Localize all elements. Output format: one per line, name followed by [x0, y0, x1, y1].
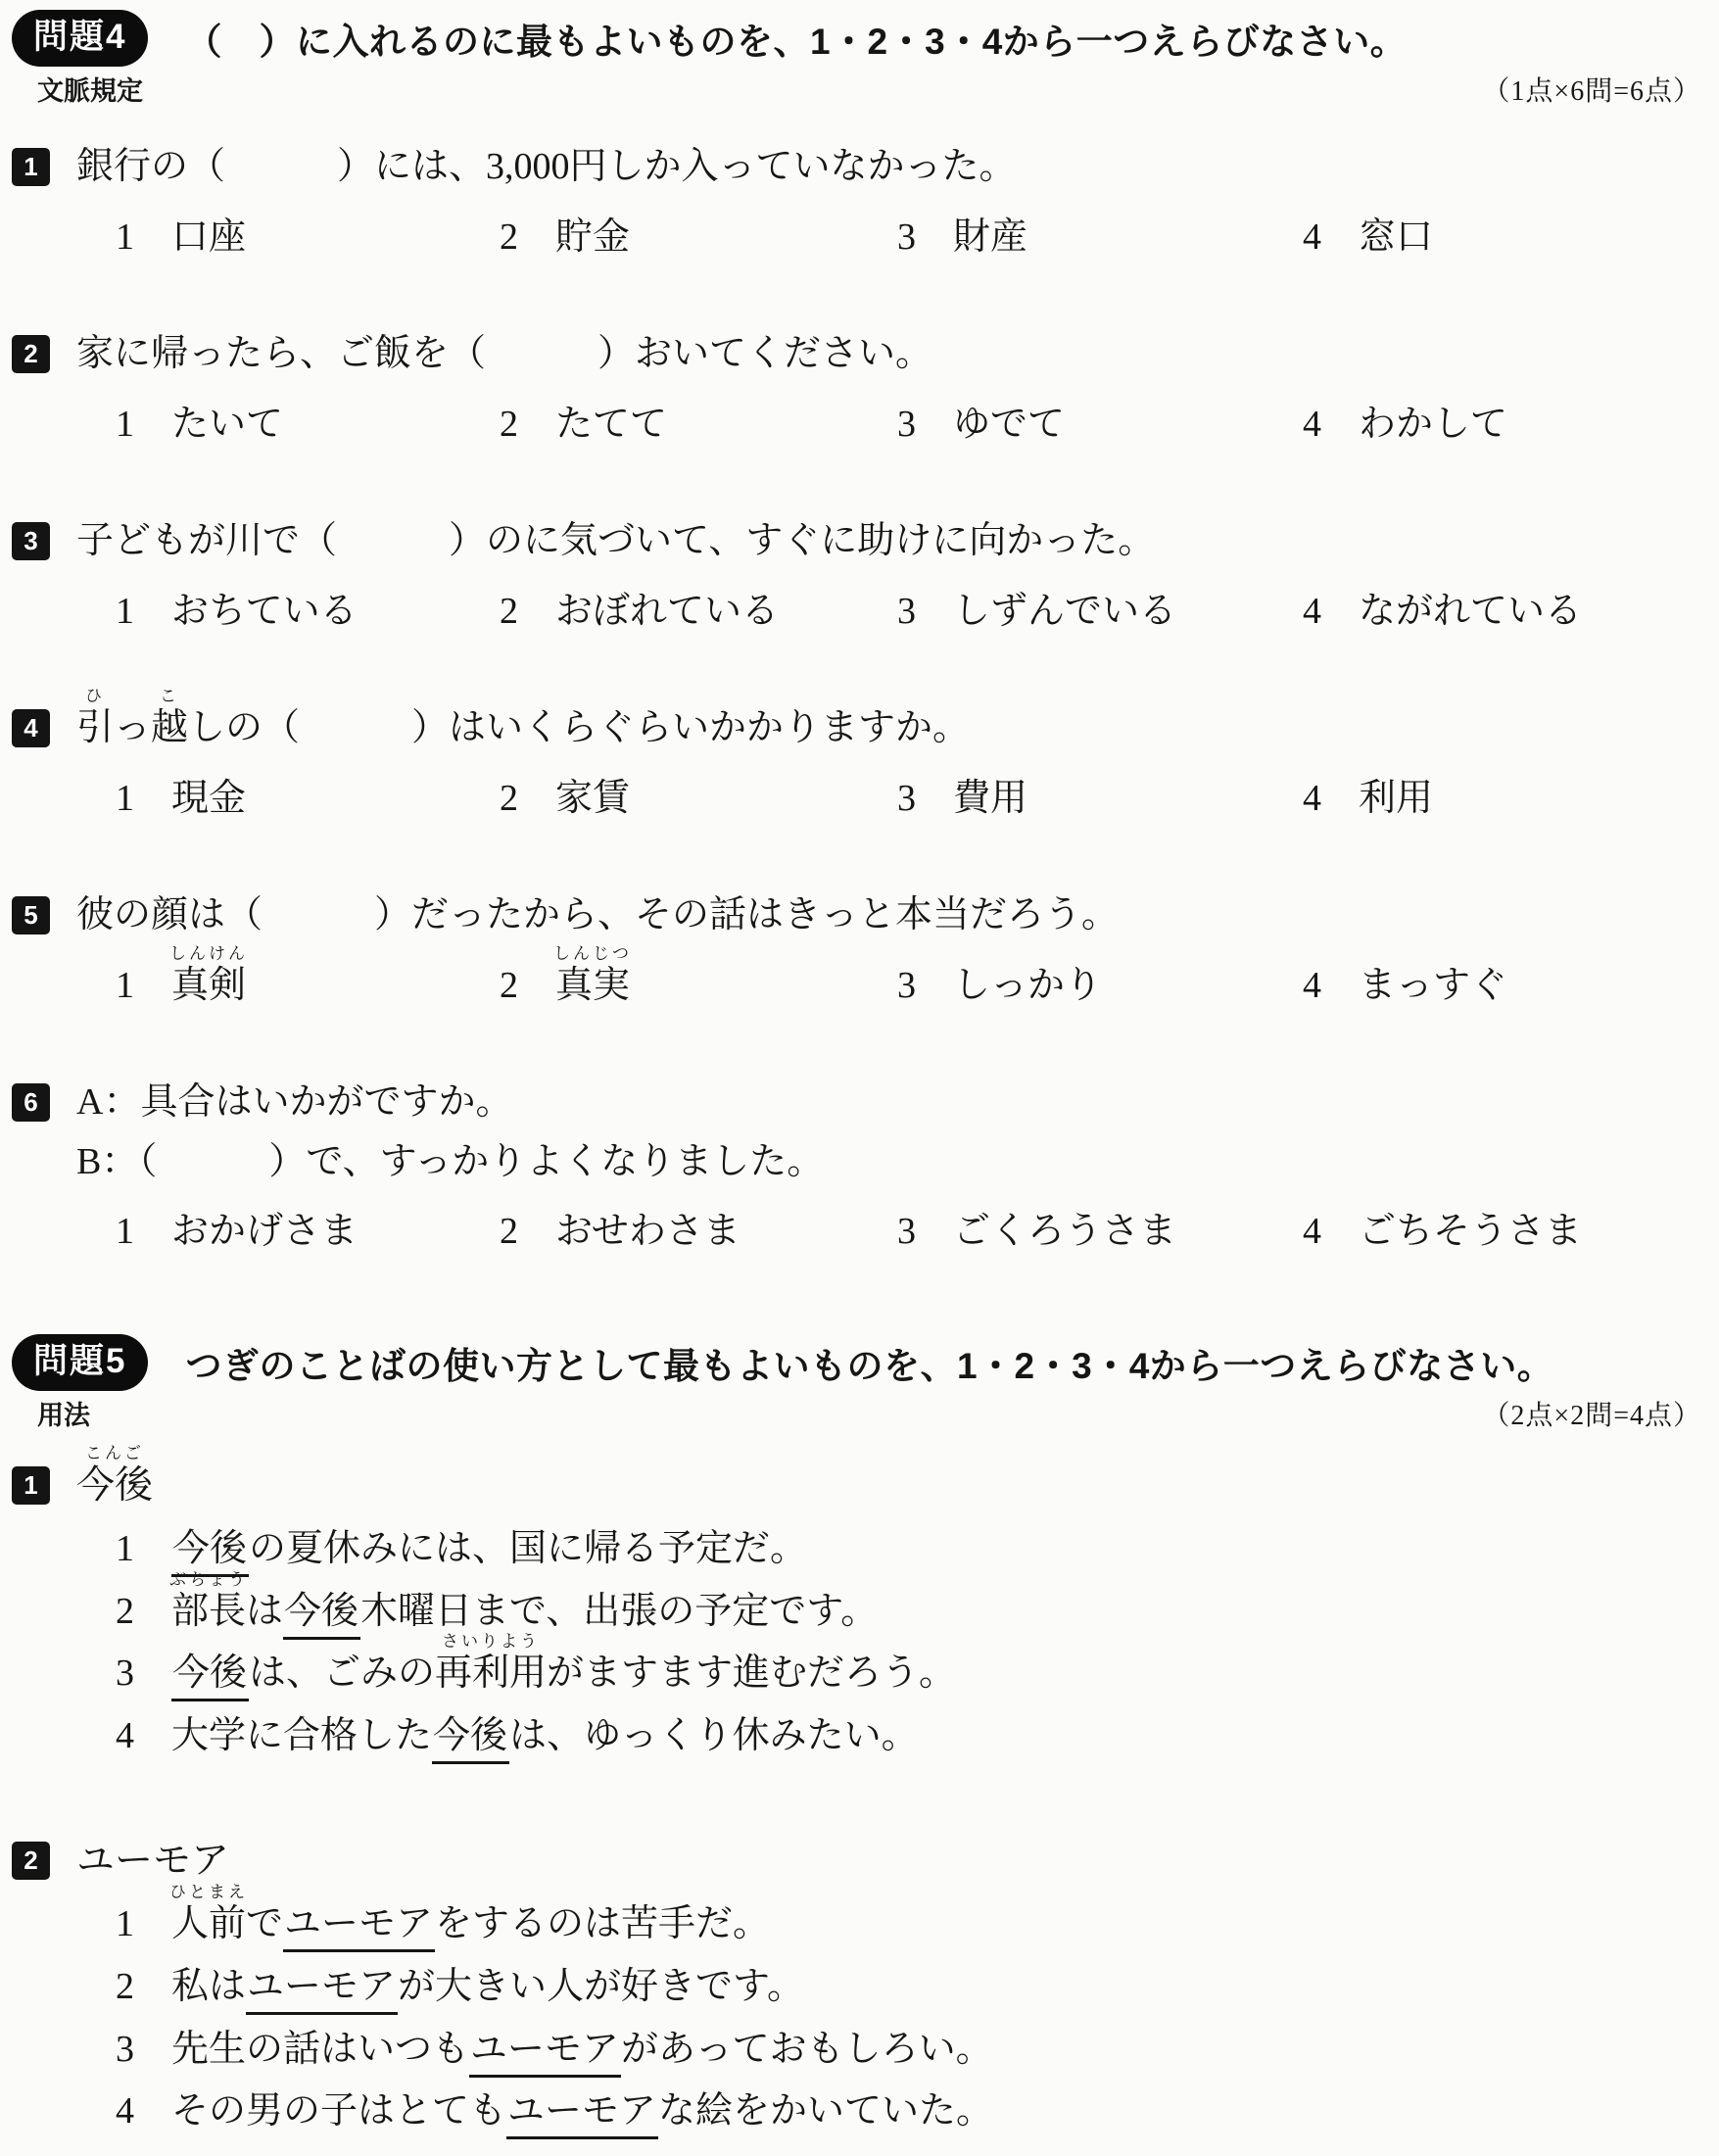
mondai4-instruction: （ ）に入れるのに最もよいものを、1・2・3・4から一つえらびなさい。: [185, 12, 1407, 65]
underlined-word: ユーモア: [469, 2029, 621, 2078]
text-segment: B：（ ）で、すっかりよくなりました。: [76, 1141, 824, 1182]
text-segment: 銀行の（ ）には、3,000円しか入っていなかった。: [76, 146, 1017, 187]
text-segment: 大学に合格した: [171, 1715, 432, 1756]
stem-line: 彼の顔は（ ）だったから、その話はきっと本当だろう。: [76, 892, 1119, 939]
option-number: 1: [116, 963, 171, 1010]
option: 3費用: [897, 776, 1303, 823]
text-segment: っ: [114, 707, 151, 748]
option-number: 2: [500, 402, 555, 449]
option: 4わかして: [1303, 402, 1705, 449]
question-stem-row: 4ひ引っこ越しの（ ）はいくらぐらいかかりますか。: [12, 705, 1705, 752]
usage-question-block: 2ユーモア1ひとまえ人前でユーモアをするのは苦手だ。2私はユーモアが大きい人が好…: [12, 1838, 1705, 2134]
underlined-word: ユーモア: [283, 1903, 435, 1952]
text-segment: おせわさま: [555, 1211, 740, 1252]
sentence-text: 私はユーモアが大きい人が好きです。: [171, 1965, 804, 2010]
option-number: 3: [897, 776, 953, 823]
mondai5-instruction: つぎのことばの使い方として最もよいものを、1・2・3・4から一つえらびなさい。: [185, 1336, 1553, 1389]
option-number: 4: [1303, 402, 1359, 449]
mondai5-questions: 1こんご今後1今後の夏休みには、国に帰る予定だ。2ぶちょう部長は今後木曜日まで、…: [12, 1462, 1705, 2134]
question-number-badge: 1: [12, 1466, 50, 1505]
text-segment: 木曜日まで、出張の予定です。: [360, 1591, 878, 1632]
underlined-word: ユーモア: [506, 2090, 658, 2139]
text-segment: をするのは苦手だ。: [435, 1903, 770, 1944]
underlined-word: 今後: [283, 1591, 360, 1640]
option-number: 4: [1303, 589, 1359, 636]
question-block: 5彼の顔は（ ）だったから、その話はきっと本当だろう。1しんけん真剣2しんじつ真…: [12, 892, 1705, 1009]
text-segment: があっておもしろい。: [621, 2029, 993, 2070]
stem-line: B：（ ）で、すっかりよくなりました。: [76, 1139, 824, 1186]
option: 2たてて: [500, 402, 897, 449]
option-text: しんじつ真実: [555, 963, 630, 1010]
stem-line: 家に帰ったら、ご飯を（ ）おいてください。: [76, 331, 932, 378]
headword: こんご今後: [76, 1462, 153, 1510]
text-segment: 口座: [171, 216, 246, 258]
sentence-number: 2: [116, 1965, 171, 2010]
option-text: ゆでて: [953, 402, 1065, 449]
option-number: 3: [897, 1209, 953, 1256]
text-segment: おちている: [171, 591, 358, 632]
question-block: 4ひ引っこ越しの（ ）はいくらぐらいかかりますか。1現金2家賃3費用4利用: [12, 705, 1705, 822]
furigana: さいりよう: [442, 1633, 540, 1650]
options-row: 1おかげさま2おせわさま3ごくろうさま4ごちそうさま: [12, 1209, 1705, 1256]
text-segment: 現金: [171, 778, 246, 819]
stem-line: 銀行の（ ）には、3,000円しか入っていなかった。: [76, 144, 1017, 191]
question-number-badge: 5: [12, 896, 50, 934]
option-number: 4: [1303, 1209, 1359, 1256]
text-segment: 私は: [171, 1966, 246, 2007]
text-segment: ひ引: [76, 707, 114, 748]
options-row: 1おちている2おぼれている3しずんでいる4ながれている: [12, 589, 1705, 636]
stem-line: A：具合はいかがですか。: [76, 1079, 824, 1126]
text-segment: 家に帰ったら、ご飯を（ ）おいてください。: [76, 333, 932, 374]
option-number: 4: [1303, 215, 1359, 262]
option: 3しずんでいる: [897, 589, 1303, 636]
question-number-badge: 3: [12, 522, 50, 560]
text-segment: しっかり: [953, 965, 1102, 1006]
text-segment: 先生の話はいつも: [171, 2029, 469, 2070]
question-stem: A：具合はいかがですか。B：（ ）で、すっかりよくなりました。: [76, 1079, 824, 1185]
text-segment: ごくろうさま: [953, 1211, 1176, 1252]
sentence-text: その男の子はとてもユーモアな絵をかいていた。: [171, 2089, 993, 2134]
text-segment: 彼の顔は（ ）だったから、その話はきっと本当だろう。: [76, 894, 1119, 935]
sentence-number: 1: [116, 1527, 171, 1572]
mondai5-badge: 問題5: [12, 1334, 148, 1391]
option-text: わかして: [1359, 402, 1507, 449]
option-text: しずんでいる: [953, 589, 1176, 636]
option-text: 現金: [171, 776, 246, 823]
mondai4-questions: 1銀行の（ ）には、3,000円しか入っていなかった。1口座2貯金3財産4窓口2…: [12, 144, 1705, 1256]
option-text: しんけん真剣: [171, 963, 246, 1010]
option-text: 家賃: [555, 776, 630, 823]
text-segment: 費用: [953, 778, 1027, 819]
option-number: 2: [500, 776, 555, 823]
question-stem: 銀行の（ ）には、3,000円しか入っていなかった。: [76, 144, 1017, 191]
question-stem-row: 1銀行の（ ）には、3,000円しか入っていなかった。: [12, 144, 1705, 191]
option-number: 3: [897, 589, 953, 636]
text-segment: な絵をかいていた。: [658, 2090, 993, 2132]
usage-sentences: 1今後の夏休みには、国に帰る予定だ。2ぶちょう部長は今後木曜日まで、出張の予定で…: [12, 1527, 1705, 1758]
text-segment: が大きい人が好きです。: [398, 1966, 804, 2007]
option-number: 1: [116, 402, 171, 449]
text-segment: おぼれている: [555, 591, 779, 632]
options-row: 1しんけん真剣2しんじつ真実3しっかり4まっすぐ: [12, 963, 1705, 1010]
usage-sentence: 2私はユーモアが大きい人が好きです。: [116, 1965, 1705, 2010]
sentence-number: 3: [116, 1652, 171, 1697]
option-number: 4: [1303, 776, 1359, 823]
question-stem: 子どもが川で（ ）のに気づいて、すぐに助けに向かった。: [76, 518, 1155, 565]
stem-line: ひ引っこ越しの（ ）はいくらぐらいかかりますか。: [76, 705, 970, 752]
option: 4ながれている: [1303, 589, 1705, 636]
text-segment: その男の子はとても: [171, 2090, 506, 2132]
sentence-text: ぶちょう部長は今後木曜日まで、出張の予定です。: [171, 1590, 878, 1635]
text-segment: ごちそうさま: [1359, 1211, 1582, 1252]
option: 4ごちそうさま: [1303, 1209, 1705, 1256]
option-text: 貯金: [555, 215, 630, 262]
text-segment: 子どもが川で（ ）のに気づいて、すぐに助けに向かった。: [76, 520, 1155, 561]
text-segment: たてて: [555, 404, 667, 445]
text-segment: しんけん真剣: [171, 965, 246, 1006]
text-segment: 家賃: [555, 778, 630, 819]
option-text: 窓口: [1359, 215, 1433, 262]
furigana: こ: [160, 688, 179, 704]
usage-sentence: 1ひとまえ人前でユーモアをするのは苦手だ。: [116, 1902, 1705, 1947]
option-number: 2: [500, 589, 555, 636]
text-segment: ひとまえ人前: [171, 1903, 246, 1944]
option-number: 3: [897, 402, 953, 449]
sentence-number: 4: [116, 1714, 171, 1759]
option-text: たてて: [555, 402, 667, 449]
text-segment: しんじつ真実: [555, 965, 630, 1006]
option-text: ながれている: [1359, 589, 1582, 636]
furigana: ぶちょう: [169, 1571, 248, 1588]
text-segment: で: [246, 1903, 283, 1944]
option: 2貯金: [500, 215, 897, 262]
scanned-test-page: 問題4 （ ）に入れるのに最もよいものを、1・2・3・4から一つえらびなさい。 …: [0, 0, 1719, 2156]
question-block: 6A：具合はいかがですか。B：（ ）で、すっかりよくなりました。1おかげさま2お…: [12, 1079, 1705, 1256]
mondai5-points: （2点×2問=4点）: [1482, 1394, 1701, 1433]
headword-row: 2ユーモア: [12, 1838, 1705, 1886]
option: 3ゆでて: [897, 402, 1303, 449]
question-stem-row: 3子どもが川で（ ）のに気づいて、すぐに助けに向かった。: [12, 518, 1705, 565]
stem-line: 子どもが川で（ ）のに気づいて、すぐに助けに向かった。: [76, 518, 1155, 565]
sentence-text: 大学に合格した今後は、ゆっくり休みたい。: [171, 1714, 919, 1759]
mondai5-header: 問題5 つぎのことばの使い方として最もよいものを、1・2・3・4から一つえらびな…: [12, 1334, 1705, 1391]
question-stem: 彼の顔は（ ）だったから、その話はきっと本当だろう。: [76, 892, 1119, 939]
option-number: 4: [1303, 963, 1359, 1010]
text-segment: こんご今後: [76, 1464, 153, 1507]
option-number: 3: [897, 963, 953, 1010]
option-text: おぼれている: [555, 589, 779, 636]
furigana: しんけん: [169, 945, 248, 962]
option-text: 利用: [1359, 776, 1433, 823]
option: 2おぼれている: [500, 589, 897, 636]
mondai4-category-label: 文脈規定: [37, 70, 143, 108]
text-segment: 窓口: [1359, 216, 1433, 258]
options-row: 1たいて2たてて3ゆでて4わかして: [12, 402, 1705, 449]
option-text: たいて: [171, 402, 283, 449]
text-segment: がますます進むだろう。: [547, 1653, 956, 1694]
text-segment: まっすぐ: [1359, 965, 1507, 1006]
usage-sentence: 3今後は、ごみのさいりよう再利用がますます進むだろう。: [116, 1652, 1705, 1697]
mondai4-subrow: 文脈規定 （1点×6問=6点）: [37, 70, 1701, 109]
option-text: おちている: [171, 589, 358, 636]
option-text: おかげさま: [171, 1209, 358, 1256]
option-number: 3: [897, 215, 953, 262]
text-segment: 貯金: [555, 216, 630, 258]
usage-sentence: 1今後の夏休みには、国に帰る予定だ。: [116, 1527, 1705, 1572]
sentence-number: 3: [116, 2028, 171, 2073]
text-segment: しの（ ）はいくらぐらいかかりますか。: [188, 707, 970, 748]
mondai5-subrow: 用法 （2点×2問=4点）: [37, 1394, 1701, 1433]
text-segment: おかげさま: [171, 1211, 358, 1252]
mondai5-section: 問題5 つぎのことばの使い方として最もよいものを、1・2・3・4から一つえらびな…: [12, 1334, 1705, 2134]
question-number-badge: 4: [12, 709, 50, 747]
text-segment: A：具合はいかがですか。: [76, 1081, 512, 1123]
option: 4窓口: [1303, 215, 1705, 262]
option-text: まっすぐ: [1359, 963, 1507, 1010]
question-number-badge: 1: [12, 148, 50, 186]
option-text: 口座: [171, 215, 246, 262]
text-segment: は: [246, 1591, 283, 1632]
question-number-badge: 6: [12, 1083, 50, 1122]
option-number: 1: [116, 215, 171, 262]
headword-row: 1こんご今後: [12, 1462, 1705, 1510]
text-segment: の夏休みには、国に帰る予定だ。: [249, 1528, 807, 1569]
question-block: 2家に帰ったら、ご飯を（ ）おいてください。1たいて2たてて3ゆでて4わかして: [12, 331, 1705, 448]
text-segment: は、ごみの: [249, 1653, 435, 1694]
text-segment: こ越: [151, 707, 188, 748]
option-number: 1: [116, 589, 171, 636]
usage-sentence: 4その男の子はとてもユーモアな絵をかいていた。: [116, 2089, 1705, 2134]
underlined-word: 今後: [432, 1715, 509, 1764]
mondai4-header: 問題4 （ ）に入れるのに最もよいものを、1・2・3・4から一つえらびなさい。: [12, 10, 1705, 67]
usage-question-block: 1こんご今後1今後の夏休みには、国に帰る予定だ。2ぶちょう部長は今後木曜日まで、…: [12, 1462, 1705, 1759]
option-text: ごくろうさま: [953, 1209, 1176, 1256]
option-text: 費用: [953, 776, 1027, 823]
question-stem: 家に帰ったら、ご飯を（ ）おいてください。: [76, 331, 932, 378]
option: 1おかげさま: [116, 1209, 500, 1256]
option: 2家賃: [500, 776, 897, 823]
text-segment: は、ゆっくり休みたい。: [509, 1715, 919, 1756]
mondai4-points: （1点×6問=6点）: [1482, 70, 1701, 109]
option: 4利用: [1303, 776, 1705, 823]
text-segment: さいりよう再利用: [435, 1653, 547, 1694]
option: 2しんじつ真実: [500, 963, 897, 1010]
option-text: おせわさま: [555, 1209, 740, 1256]
option-text: ごちそうさま: [1359, 1209, 1582, 1256]
question-block: 1銀行の（ ）には、3,000円しか入っていなかった。1口座2貯金3財産4窓口: [12, 144, 1705, 261]
headword: ユーモア: [76, 1838, 229, 1886]
text-segment: ゆでて: [953, 404, 1065, 445]
usage-sentences: 1ひとまえ人前でユーモアをするのは苦手だ。2私はユーモアが大きい人が好きです。3…: [12, 1902, 1705, 2133]
furigana: ひとまえ: [169, 1884, 248, 1900]
sentence-text: 今後の夏休みには、国に帰る予定だ。: [171, 1527, 807, 1572]
question-stem-row: 2家に帰ったら、ご飯を（ ）おいてください。: [12, 331, 1705, 378]
mondai4-section: 問題4 （ ）に入れるのに最もよいものを、1・2・3・4から一つえらびなさい。 …: [12, 10, 1705, 1256]
sentence-text: 今後は、ごみのさいりよう再利用がますます進むだろう。: [171, 1652, 956, 1697]
option: 2おせわさま: [500, 1209, 897, 1256]
furigana: ひ: [85, 688, 105, 704]
question-stem-row: 5彼の顔は（ ）だったから、その話はきっと本当だろう。: [12, 892, 1705, 939]
text-segment: ユーモア: [76, 1840, 229, 1882]
option: 3ごくろうさま: [897, 1209, 1303, 1256]
option: 1現金: [116, 776, 500, 823]
option-number: 1: [116, 776, 171, 823]
option: 1しんけん真剣: [116, 963, 500, 1010]
sentence-number: 4: [116, 2089, 171, 2134]
options-row: 1現金2家賃3費用4利用: [12, 776, 1705, 823]
mondai4-badge: 問題4: [12, 10, 148, 67]
option-number: 1: [116, 1209, 171, 1256]
furigana: こんご: [85, 1445, 144, 1461]
question-block: 3子どもが川で（ ）のに気づいて、すぐに助けに向かった。1おちている2おぼれてい…: [12, 518, 1705, 635]
text-segment: しずんでいる: [953, 591, 1176, 632]
options-row: 1口座2貯金3財産4窓口: [12, 215, 1705, 262]
underlined-word: 今後: [171, 1653, 249, 1701]
question-stem-row: 6A：具合はいかがですか。B：（ ）で、すっかりよくなりました。: [12, 1079, 1705, 1185]
option: 4まっすぐ: [1303, 963, 1705, 1010]
text-segment: ぶちょう部長: [171, 1591, 246, 1632]
text-segment: たいて: [171, 404, 283, 445]
sentence-text: 先生の話はいつもユーモアがあっておもしろい。: [171, 2028, 993, 2073]
mondai5-category-label: 用法: [37, 1394, 90, 1432]
text-segment: ながれている: [1359, 591, 1582, 632]
sentence-number: 1: [116, 1902, 171, 1947]
option: 1口座: [116, 215, 500, 262]
option: 3財産: [897, 215, 1303, 262]
underlined-word: ユーモア: [246, 1966, 398, 2015]
option: 1たいて: [116, 402, 500, 449]
sentence-number: 2: [116, 1590, 171, 1635]
option-number: 2: [500, 963, 555, 1010]
option-number: 2: [500, 215, 555, 262]
option: 3しっかり: [897, 963, 1303, 1010]
usage-sentence: 4大学に合格した今後は、ゆっくり休みたい。: [116, 1714, 1705, 1759]
question-number-badge: 2: [12, 1842, 50, 1880]
usage-sentence: 3先生の話はいつもユーモアがあっておもしろい。: [116, 2028, 1705, 2073]
text-segment: 財産: [953, 216, 1027, 258]
usage-sentence: 2ぶちょう部長は今後木曜日まで、出張の予定です。: [116, 1590, 1705, 1635]
option: 1おちている: [116, 589, 500, 636]
furigana: しんじつ: [553, 945, 632, 962]
sentence-text: ひとまえ人前でユーモアをするのは苦手だ。: [171, 1902, 770, 1947]
text-segment: わかして: [1359, 404, 1507, 445]
option-text: 財産: [953, 215, 1027, 262]
question-stem: ひ引っこ越しの（ ）はいくらぐらいかかりますか。: [76, 705, 970, 752]
text-segment: 利用: [1359, 778, 1433, 819]
question-number-badge: 2: [12, 335, 50, 373]
option-text: しっかり: [953, 963, 1102, 1010]
option-number: 2: [500, 1209, 555, 1256]
